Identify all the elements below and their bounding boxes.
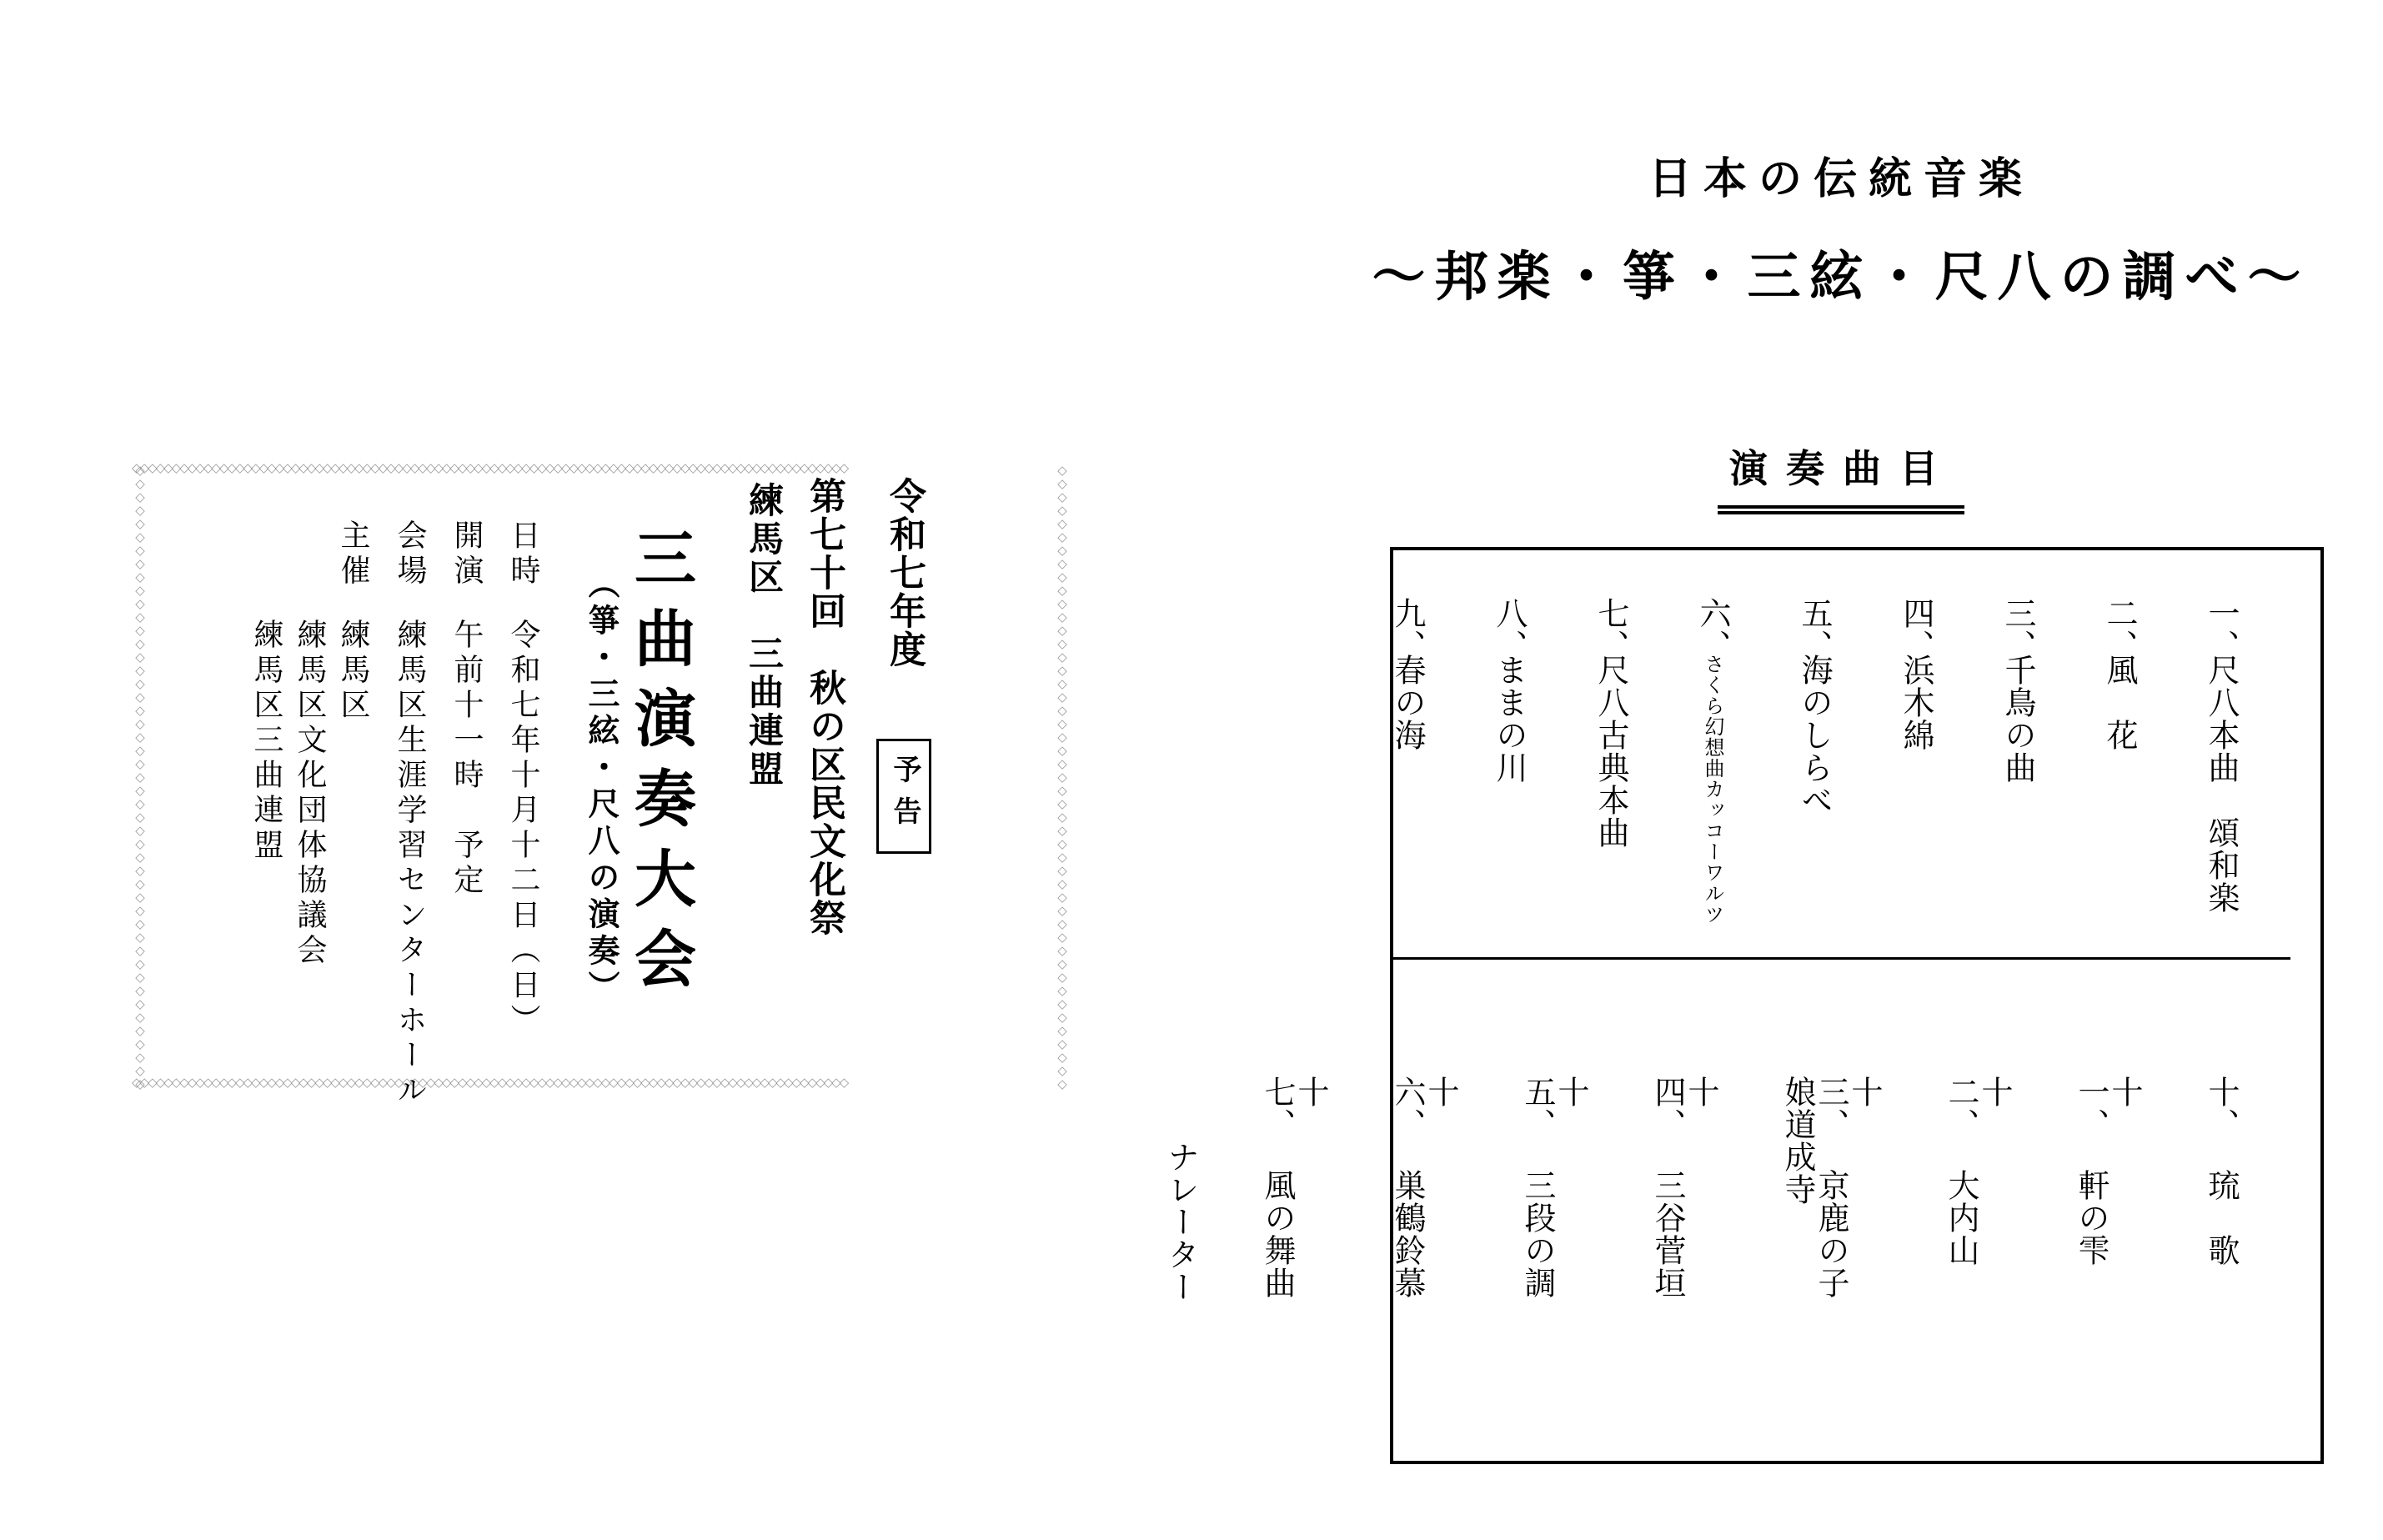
program-item-title: 千鳥の曲 (1999, 654, 2034, 784)
program-item-title: 三谷菅垣 (1649, 1169, 1684, 1299)
event-subtitle: （箏・三絃・尺八の演奏） (582, 567, 619, 1007)
program-item-number: 六、 (1695, 597, 1728, 654)
diamond-border-top (132, 463, 1067, 476)
program-item: 七、尺八古典本曲 (1593, 597, 1627, 849)
program-item: 三、千鳥の曲 (2000, 597, 2034, 784)
program-item-number: 十六、 (1390, 1076, 1457, 1169)
program-item-number: 十一、 (2074, 1076, 2140, 1169)
detail-value: 練馬区三曲連盟 (250, 619, 283, 864)
program-item-number: 十三、 (1814, 1076, 1880, 1169)
detail-column: 主催練馬区 (336, 519, 371, 724)
program-item-title: 巣鶴鈴慕 (1389, 1169, 1424, 1299)
program-item-number: 九、 (1390, 597, 1423, 654)
diamond-border-right (1054, 463, 1067, 1091)
announcement-panel: 令和七年度予告 第七十回 秋の区民文化祭 練馬区 三曲連盟 三曲演奏大会 （箏・… (132, 463, 1067, 1091)
program-section-heading: 演奏曲目 (1718, 439, 1964, 514)
program-item: 十四、三谷菅垣 (1650, 1076, 1717, 1299)
fiscal-year-heading: 令和七年度 (884, 477, 925, 669)
program-item-title: 浜木綿 (1898, 654, 1933, 751)
program-item-title: 尺八本曲 頌和楽 (2203, 654, 2238, 914)
program-item-number: 七、 (1593, 597, 1627, 654)
program-item-number: 十二、 (1944, 1076, 2010, 1169)
notice-badge: 予告 (876, 739, 931, 854)
program-box: 一、尺八本曲 頌和楽 二、風 花 三、千鳥の曲 四、浜木綿 五、海のしらべ 六、… (1390, 547, 2324, 1464)
detail-value: 午前十一時 予定 (450, 619, 484, 899)
program-section-heading-wrap: 演奏曲目 (1316, 439, 2366, 514)
section-divider-line (1393, 957, 2290, 960)
detail-value: 令和七年十月十二日（日） (507, 619, 540, 1039)
detail-column: 練馬区三曲連盟 (249, 519, 284, 864)
program-second-half-list: 十、琉 歌 十一、軒の雫 十二、大内山 十三、京鹿の子 娘道成寺 十四、三谷菅垣… (1405, 1076, 2237, 1303)
program-item: 六、さくら幻想曲カッコーワルツ (1695, 597, 1728, 925)
detail-value: 練馬区生涯学習センターホール (394, 619, 427, 1109)
program-item-title: 風の舞曲 (1259, 1169, 1294, 1299)
detail-label: 開演 (449, 519, 484, 619)
program-item: 五、海のしらべ (1797, 597, 1830, 816)
program-item: 十五、三段の調 (1520, 1076, 1587, 1299)
program-item-title: さくら幻想曲カッコーワルツ (1701, 654, 1723, 925)
program-item: 九、春の海 (1390, 597, 1423, 751)
event-details-list: 日時令和七年十月十二日（日） 開演午前十一時 予定 会場練馬区生涯学習センターホ… (249, 519, 541, 1109)
detail-label: 日時 (506, 519, 541, 619)
fiscal-year-column: 令和七年度予告 (876, 477, 931, 854)
program-item-number: 十七、 (1260, 1076, 1327, 1169)
program-item: 十三、京鹿の子 娘道成寺 (1780, 1076, 1880, 1299)
detail-value: 練馬区 (337, 619, 370, 724)
program-item-title: 軒の雫 (2073, 1169, 2108, 1267)
program-item: 二、風 花 (2102, 597, 2135, 751)
program-first-half-list: 一、尺八本曲 頌和楽 二、風 花 三、千鳥の曲 四、浜木綿 五、海のしらべ 六、… (1405, 597, 2237, 925)
detail-label: 主催 (336, 519, 371, 619)
program-item-title: 風 花 (2101, 654, 2136, 751)
program-item-number: 五、 (1797, 597, 1830, 654)
festival-heading: 第七十回 秋の区民文化祭 (804, 477, 844, 937)
program-item-number: 三、 (2000, 597, 2034, 654)
detail-column: 練馬区文化団体協議会 (293, 519, 328, 969)
organization-heading: 練馬区 三曲連盟 (745, 482, 783, 789)
program-item-number: 二、 (2102, 597, 2135, 654)
program-item: 一、尺八本曲 頌和楽 (2204, 597, 2237, 914)
program-item: 十二、大内山 (1944, 1076, 2010, 1267)
program-item-number: 四、 (1899, 597, 1932, 654)
program-item: 八、ままの川 (1492, 597, 1525, 784)
program-item-title: 大内山 (1943, 1169, 1978, 1267)
event-title: 三曲演奏大会 (628, 526, 693, 1006)
program-item: 四、浜木綿 (1899, 597, 1932, 751)
detail-column: 開演午前十一時 予定 (449, 519, 484, 899)
concert-program-spread: { "left_page": { "fiscal_year": "令和七年度",… (0, 0, 2383, 1540)
program-item-number: 十、 (2204, 1076, 2237, 1169)
program-item-number: 一、 (2204, 597, 2237, 654)
program-item-title: 琉 歌 (2203, 1169, 2238, 1267)
program-item-number: 八、 (1492, 597, 1525, 654)
detail-column: 日時令和七年十月十二日（日） (506, 519, 541, 1039)
detail-value: 練馬区文化団体協議会 (293, 619, 327, 969)
program-item-title: 海のしらべ (1796, 654, 1831, 816)
detail-column: 会場練馬区生涯学習センターホール (393, 519, 428, 1109)
program-item-title: ままの川 (1491, 654, 1526, 784)
diamond-border-left (132, 463, 145, 1091)
program-item-number: 十四、 (1650, 1076, 1717, 1169)
announcement-content: 令和七年度予告 第七十回 秋の区民文化祭 練馬区 三曲連盟 三曲演奏大会 （箏・… (144, 475, 1055, 1078)
page-title: 日本の伝統音楽 (1316, 154, 2366, 206)
notice-badge-label: 予告 (889, 755, 920, 838)
program-item-title: 尺八古典本曲 (1593, 654, 1628, 849)
program-item: 十、琉 歌 (2204, 1076, 2237, 1267)
program-item: ナレーター (1163, 1076, 1197, 1303)
program-item-title: 春の海 (1389, 654, 1424, 751)
program-item: 十六、巣鶴鈴慕 (1390, 1076, 1457, 1299)
program-item: 十一、軒の雫 (2074, 1076, 2140, 1267)
program-item-title: ナレーター (1162, 1141, 1197, 1303)
program-item-title: 三段の調 (1519, 1169, 1554, 1299)
detail-label: 会場 (393, 519, 428, 619)
program-item-number: 十五、 (1520, 1076, 1587, 1169)
program-item: 十七、風の舞曲 (1260, 1076, 1327, 1299)
page-subtitle: ～邦楽・箏・三絃・尺八の調べ～ (1316, 244, 2366, 311)
